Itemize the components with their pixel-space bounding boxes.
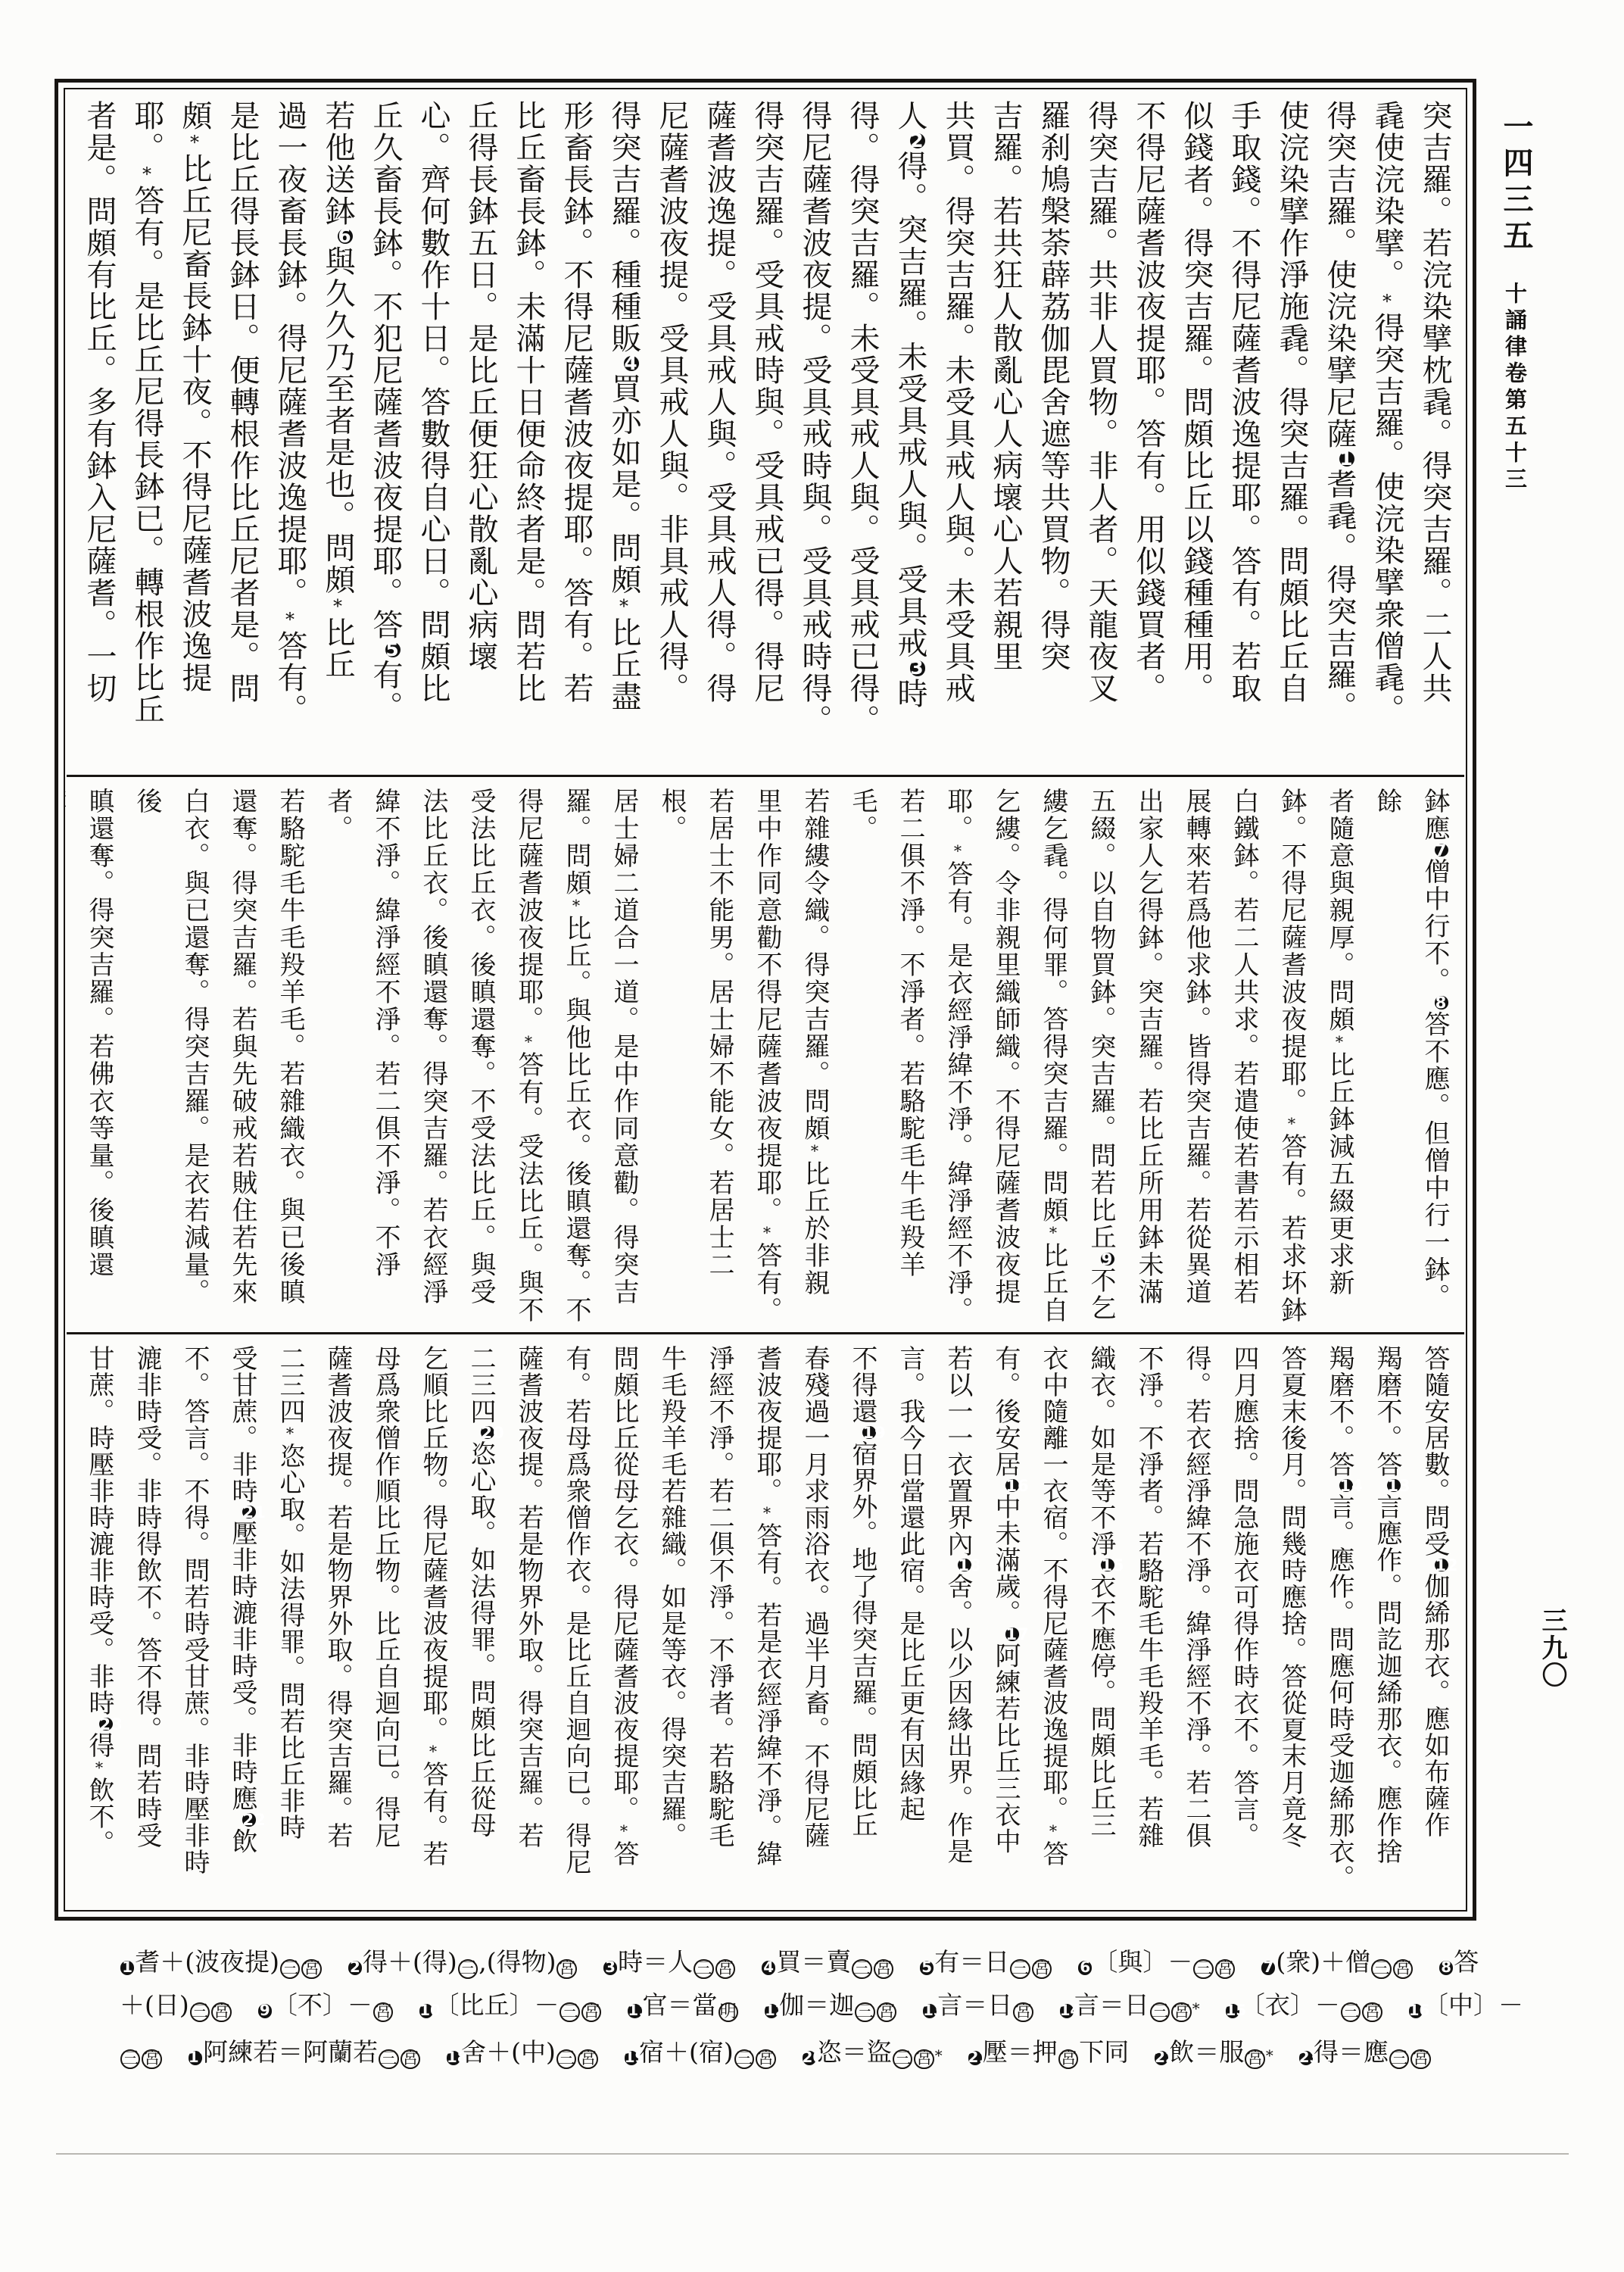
edition-siglum-icon: 三 <box>1371 1959 1391 1979</box>
apparatus-marker-icon: 5 <box>385 642 401 657</box>
apparatus-marker-icon: 9 <box>1101 1253 1114 1266</box>
apparatus-marker-icon: 13 <box>923 2004 937 2018</box>
text-column: 耶。*答有。是衣經淨緯不淨。緯淨經不淨。 <box>934 788 981 1325</box>
edition-siglum-icon: 宮 <box>373 2002 393 2022</box>
edition-siglum-icon: 宮 <box>877 2002 896 2022</box>
edition-siglum-icon: 宮 <box>1410 2049 1430 2069</box>
text-column: 得突吉羅。受具戒時與。受具戒已得。得尼 <box>743 100 790 767</box>
text-column: 毳使浣染擘。*得突吉羅。使浣染擘衆僧毳。 <box>1363 100 1410 767</box>
variant-star-icon: * <box>327 595 348 616</box>
text-column: 若雜縷令織。得突吉羅。問頗*比丘於非親 <box>790 788 838 1325</box>
page-number: 三九〇 <box>1534 1607 1571 1689</box>
apparatus-marker-icon: 3 <box>910 660 925 676</box>
variant-star-icon: * <box>613 595 634 616</box>
apparatus-marker-icon: 19 <box>625 2051 638 2064</box>
text-column: 不淨。不淨者。若駱駝毛牛毛羖羊毛。若雜 <box>1124 1345 1172 1902</box>
register-upper: 突吉羅。若浣染擘枕毳。得突吉羅。二人共毳使浣染擘。*得突吉羅。使浣染擘衆僧毳。得… <box>65 89 1466 775</box>
apparatus-marker-icon: 9 <box>258 2004 272 2018</box>
text-column: 薩耆波逸提。受具戒人與。受具戒人得。得 <box>695 100 743 767</box>
apparatus-marker-icon: 11 <box>628 2004 641 2018</box>
text-column: 是比丘得長鉢日。便轉根作比丘尼者是。問 <box>218 100 266 767</box>
apparatus-marker-icon: 17 <box>1005 1628 1018 1640</box>
text-column: 縷乞毳。得何罪。答得突吉羅。問頗*比丘自 <box>1029 788 1077 1325</box>
edition-siglum-icon: 三 <box>280 1959 300 1979</box>
apparatus-marker-icon: 1 <box>1339 451 1354 467</box>
apparatus-marker-icon: 15 <box>1226 2004 1239 2018</box>
text-column: 白鐵鉢。若二人共求。若遣使若書若示相若 <box>1220 788 1267 1325</box>
apparatus-marker-icon: 14 <box>1339 1479 1352 1492</box>
edition-siglum-icon: 宮 <box>578 2049 597 2069</box>
apparatus-marker-icon: 16 <box>1005 1479 1018 1492</box>
apparatus-marker-icon: 12 <box>765 2004 778 2018</box>
text-column: 不得還19宿界外。地了得突吉羅。問頗比丘 <box>838 1345 886 1902</box>
text-column: 尼薩耆波夜提。受具戒人與。非具戒人得。 <box>647 100 695 767</box>
variant-star-icon: * <box>519 1033 538 1051</box>
text-column: 羅刹鳩槃荼薜荔伽毘舍遮等共買物。得突 <box>1029 100 1077 767</box>
edition-siglum-icon: 三 <box>1389 2049 1409 2069</box>
text-column: 形畜長鉢。不得尼薩耆波夜提耶。答有。若 <box>552 100 600 767</box>
apparatus-marker-icon: 14 <box>1060 2004 1074 2018</box>
apparatus-marker-icon: 7 <box>1261 1961 1275 1974</box>
apparatus-marker-icon: 13 <box>1387 1479 1400 1492</box>
edition-siglum-icon: 三 <box>458 1959 478 1979</box>
apparatus-marker-icon: 23 <box>99 1718 112 1731</box>
text-column: 不得尼薩耆波夜提耶。答有。用似錢買者。 <box>1124 100 1172 767</box>
variant-star-icon: * <box>1266 2047 1273 2064</box>
variant-star-icon: * <box>424 1743 442 1761</box>
apparatus-marker-icon: 10 <box>419 2004 433 2018</box>
text-column: 耶。*答有。是比丘尼得長鉢已。轉根作比丘 <box>123 100 170 767</box>
variant-star-icon: * <box>949 842 967 860</box>
text-frame: 突吉羅。若浣染擘枕毳。得突吉羅。二人共毳使浣染擘。*得突吉羅。使浣染擘衆僧毳。得… <box>55 79 1476 1921</box>
apparatus-marker-icon: 18 <box>447 2051 460 2064</box>
variant-star-icon: * <box>1192 2000 1200 2018</box>
text-column: 若他送鉢6與久久乃至者是也。問頗*比丘 <box>313 100 361 767</box>
page-crease-line <box>56 2153 1569 2155</box>
text-column: 丘久畜長鉢。不犯尼薩耆波夜提耶。答5有。 <box>361 100 409 767</box>
text-column: 共買。得突吉羅。未受具戒人與。未受具戒 <box>934 100 981 767</box>
variant-star-icon: * <box>90 1759 108 1777</box>
text-column: 羯磨不。答13言應作。問訖迦絺那衣。應作捨 <box>1363 1345 1410 1902</box>
apparatus-marker-icon: 2 <box>910 133 925 148</box>
text-column: 得尼薩耆波夜提。受具戒時與。受具戒時得。 <box>790 100 838 767</box>
edition-siglum-icon: 三 <box>1193 1959 1213 1979</box>
apparatus-marker-icon: 1 <box>120 1961 134 1974</box>
text-column: 問頗比丘從母乞衣。得尼薩耆波夜提耶。*答 <box>600 1345 647 1902</box>
apparatus-marker-icon: 7 <box>1435 844 1448 857</box>
text-column: 有。若母爲衆僧作衣。是比丘自迴向已。得尼 <box>552 1345 600 1902</box>
apparatus-marker-icon: 6 <box>338 229 353 244</box>
text-column: 吉羅。若共狂人散亂心人病壞心人若親里 <box>981 100 1029 767</box>
apparatus-marker-icon: 4 <box>624 356 639 371</box>
edition-siglum-icon: 三 <box>1341 2002 1361 2022</box>
edition-siglum-icon: 三 <box>560 2002 579 2022</box>
edition-siglum-icon: 三 <box>120 2049 140 2069</box>
edition-siglum-icon: 宮 <box>581 2002 601 2022</box>
text-column: 若居士不能男。居士婦不能女。若居士二根。 <box>647 788 743 1325</box>
edition-siglum-icon: 宮 <box>1362 2002 1382 2022</box>
text-column: 得。若衣經淨緯不淨。緯淨經不淨。若二俱 <box>1172 1345 1220 1902</box>
edition-siglum-icon: 宮 <box>142 2049 161 2069</box>
text-column: 言。我今日當還此宿。是比丘更有因緣起 <box>886 1345 934 1902</box>
variant-star-icon: * <box>1044 1822 1062 1840</box>
variant-star-icon: * <box>184 132 205 153</box>
text-column: 緯不淨。緯淨經不淨。若二俱不淨。不淨者。 <box>313 788 409 1325</box>
edition-siglum-icon: 宮 <box>715 1959 735 1979</box>
variant-star-icon: * <box>136 164 157 185</box>
edition-siglum-icon: 三 <box>556 2049 576 2069</box>
apparatus-marker-icon: 15 <box>1101 1559 1114 1571</box>
text-column: 鉢應7僧中行不。8答不應。但僧中行一鉢。餘 <box>1363 788 1458 1325</box>
edition-siglum-icon: 宮 <box>756 2049 775 2069</box>
edition-siglum-icon: 三 <box>379 2049 398 2069</box>
text-column: 乞縷。令非親里織師織。不得尼薩耆波夜提 <box>981 788 1029 1325</box>
variant-star-icon: * <box>281 1425 299 1443</box>
apparatus-marker-icon: 21 <box>242 1506 255 1518</box>
text-column: 手取錢。不得尼薩耆波逸提耶。答有。若取 <box>1220 100 1267 767</box>
text-column: 乞順比丘物。得尼薩耆波夜提耶。*答有。若 <box>409 1345 457 1902</box>
text-column: 得尼薩耆波夜提耶。*答有。受法比丘。與不 <box>504 788 552 1325</box>
text-column: 衣中隨離一衣宿。不得尼薩耆波逸提耶。*答 <box>1029 1345 1077 1902</box>
text-column: 四月應捨。問急施衣可得作時衣不。答言。 <box>1220 1345 1267 1902</box>
text-column: 頗*比丘尼畜長鉢十夜。不得尼薩耆波逸提 <box>170 100 218 767</box>
edition-siglum-icon: 宮 <box>874 1959 893 1979</box>
text-column: 二三四*恣心取。如法得罪。問若比丘非時 <box>266 1345 313 1902</box>
edition-siglum-icon: 三 <box>855 2002 874 2022</box>
variant-star-icon: * <box>1044 1224 1062 1242</box>
text-column: 羯磨不。答14言。應作。問應何時受迦絺那衣。 <box>1315 1345 1363 1902</box>
edition-siglum-icon: 宮 <box>401 2049 420 2069</box>
apparatus-marker-icon: 20 <box>803 2051 816 2064</box>
edition-siglum-icon: 宮 <box>914 2049 934 2069</box>
variant-star-icon: * <box>1376 291 1398 312</box>
variant-star-icon: * <box>806 1142 824 1160</box>
apparatus-marker-icon: 8 <box>1435 996 1448 1009</box>
edition-siglum-icon: 宮 <box>1171 2002 1191 2022</box>
text-column: 展轉來若爲他求鉢。皆得突吉羅。若從異道 <box>1172 788 1220 1325</box>
text-column: 者是。問頗有比丘。多有鉢入尼薩耆。一切 <box>75 100 123 767</box>
edition-siglum-icon: 宮 <box>1393 1959 1413 1979</box>
text-column: 過一夜畜長鉢。得尼薩耆波逸提耶。*答有。 <box>266 100 313 767</box>
variant-star-icon: * <box>758 1504 776 1522</box>
apparatus-line: ＋(日)三宮 9〔不〕－宮 10〔比丘〕－三宮 11官＝當明 12伽＝迦三宮 1… <box>120 1983 1475 2030</box>
edition-siglum-icon: 三 <box>852 1959 871 1979</box>
text-column: 得突吉羅。共非人買物。非人者。天龍夜叉 <box>1077 100 1124 767</box>
text-column: 白衣。與已還奪。得突吉羅。是衣若減量。後 <box>123 788 218 1325</box>
text-column: 得突吉羅。使浣染擘尼薩1耆毳。得突吉羅。 <box>1315 100 1363 767</box>
text-column: 淨經不淨。若二俱不淨。不淨者。若駱駝毛 <box>695 1345 743 1902</box>
text-column: 瞋還奪。得突吉羅。若佛衣等量。後瞋還奪。 <box>65 788 123 1325</box>
apparatus-marker-icon: 20 <box>481 1426 494 1439</box>
edition-siglum-icon: 三 <box>1010 1959 1030 1979</box>
text-column: 鉢。不得尼薩耆波夜提耶。*答有。若求坏鉢 <box>1267 788 1315 1325</box>
text-column: 甘蔗。時壓非時漉非時受。非時23得*飲不。 <box>75 1345 123 1902</box>
apparatus-marker-icon: 17 <box>189 2051 202 2064</box>
text-column: 若駱駝毛牛毛羖羊毛。若雜織衣。與已後瞋 <box>266 788 313 1325</box>
variant-star-icon: * <box>935 2047 943 2064</box>
register-middle: 鉢應7僧中行不。8答不應。但僧中行一鉢。餘者隨意與親厚。問頗*比丘鉢減五綴更求新… <box>65 777 1466 1332</box>
apparatus-marker-icon: 3 <box>603 1961 617 1974</box>
text-column: 得。得突吉羅。未受具戒人與。受具戒已得。 <box>838 100 886 767</box>
edition-siglum-icon: 三 <box>734 2049 754 2069</box>
text-column: 若以一一衣置界內18舍。以少因緣出界。作是 <box>934 1345 981 1902</box>
edition-siglum-icon: 明 <box>718 2002 738 2022</box>
variant-star-icon: * <box>758 1224 776 1242</box>
text-column: 出家人乞得鉢。突吉羅。若比丘所用鉢未滿 <box>1124 788 1172 1325</box>
apparatus-marker-icon: 4 <box>762 1961 775 1974</box>
edition-siglum-icon: 宮 <box>1215 1959 1235 1979</box>
variant-star-icon: * <box>1283 1115 1301 1133</box>
apparatus-marker-icon: 16 <box>1409 2004 1423 2018</box>
text-column: 比丘畜長鉢。未滿十日便命終者是。問若比 <box>504 100 552 767</box>
text-column: 居士婦二道合一道。是中作同意勸。得突吉 <box>600 788 647 1325</box>
text-column: 牛毛羖羊毛若雜織。如是等衣。得突吉羅。 <box>647 1345 695 1902</box>
text-column: 受法比丘衣。後瞋還奪。不受法比丘。與受 <box>457 788 504 1325</box>
text-column: 受甘蔗。非時21壓非時漉非時受。非時應22飲 <box>218 1345 266 1902</box>
apparatus-marker-icon: 19 <box>862 1426 875 1439</box>
text-column: 法比丘衣。後瞋還奪。得突吉羅。若衣經淨 <box>409 788 457 1325</box>
variant-star-icon: * <box>615 1822 633 1840</box>
text-column: 織衣。如是等不淨15衣不應停。問頗比丘三 <box>1077 1345 1124 1902</box>
apparatus-marker-icon: 22 <box>242 1813 255 1826</box>
text-column: 還奪。得突吉羅。若與先破戒若賊住若先來 <box>218 788 266 1325</box>
edition-siglum-icon: 三 <box>190 2002 210 2022</box>
text-column: 母爲衆僧作順比丘物。比丘自迴向已。得尼 <box>361 1345 409 1902</box>
apparatus-line: 三宮 17阿練若＝阿蘭若三宮 18舍＋(中)三宮 19宿＋(宿)三宮 20恣＝盜… <box>120 2030 1475 2077</box>
edition-siglum-icon: 宮 <box>211 2002 231 2022</box>
text-column: 五綴。以自物買鉢。突吉羅。問若比丘9不乞 <box>1077 788 1124 1325</box>
fascicle-title: 十誦律卷第五十三 <box>1500 282 1531 494</box>
edition-siglum-icon: 宮 <box>1058 2049 1078 2069</box>
apparatus-marker-icon: 23 <box>1299 2051 1313 2064</box>
apparatus-marker-icon: 5 <box>920 1961 934 1974</box>
text-column: 者隨意與親厚。問頗*比丘鉢減五綴更求新 <box>1315 788 1363 1325</box>
apparatus-marker-icon: 22 <box>1155 2051 1168 2064</box>
apparatus-notes: 1耆＋(波夜提)三宮 2得＋(得)三,(得物)宮 3時＝人三宮 4買＝賣三宮 5… <box>120 1940 1475 2077</box>
apparatus-marker-icon: 8 <box>1439 1961 1453 1974</box>
edition-siglum-icon: 三 <box>893 2049 912 2069</box>
folio-number: 一四三五 <box>1495 111 1538 256</box>
edition-siglum-icon: 宮 <box>301 1959 321 1979</box>
text-column: 薩耆波夜提。若是物界外取。得突吉羅。若 <box>504 1345 552 1902</box>
text-column: 耆波夜提耶。*答有。若是衣經淨緯不淨。緯 <box>743 1345 790 1902</box>
edition-siglum-icon: 三 <box>694 1959 713 1979</box>
variant-star-icon: * <box>279 609 301 630</box>
edition-siglum-icon: 宮 <box>1245 2049 1264 2069</box>
apparatus-line: 1耆＋(波夜提)三宮 2得＋(得)三,(得物)宮 3時＝人三宮 4買＝賣三宮 5… <box>120 1940 1475 1983</box>
text-column: 心。齊何數作十日。答數得自心日。問頗比 <box>409 100 457 767</box>
text-column: 丘得長鉢五日。是比丘便狂心散亂心病壞 <box>457 100 504 767</box>
text-column: 春殘過一月求雨浴衣。過半月畜。不得尼薩 <box>790 1345 838 1902</box>
text-column: 羅。問頗*比丘。與他比丘衣。後瞋還奪。不 <box>552 788 600 1325</box>
apparatus-marker-icon: 12 <box>1435 1559 1448 1571</box>
apparatus-marker-icon: 6 <box>1078 1961 1092 1974</box>
edition-siglum-icon: 宮 <box>1013 2002 1033 2022</box>
text-column: 答夏末後月。問幾時應捨。答從夏末月竟冬 <box>1267 1345 1315 1902</box>
edition-siglum-icon: 宮 <box>1032 1959 1052 1979</box>
apparatus-marker-icon: 2 <box>348 1961 362 1974</box>
text-column: 得突吉羅。種種販4買亦如是。問頗*比丘盡 <box>600 100 647 767</box>
text-column: 有。後安居16中未滿歲。17阿練若比丘三衣中 <box>981 1345 1029 1902</box>
apparatus-marker-icon: 21 <box>968 2051 982 2064</box>
text-frame-inner: 突吉羅。若浣染擘枕毳。得突吉羅。二人共毳使浣染擘。*得突吉羅。使浣染擘衆僧毳。得… <box>64 88 1467 1912</box>
text-column: 突吉羅。若浣染擘枕毳。得突吉羅。二人共 <box>1410 100 1458 767</box>
text-column: 薩耆波夜提。若是物界外取。得突吉羅。若 <box>313 1345 361 1902</box>
variant-star-icon: * <box>567 897 585 915</box>
text-column: 漉非時受。非時得飲不。答不得。問若時受 <box>123 1345 170 1902</box>
text-column: 若二俱不淨。不淨者。若駱駝毛牛毛羖羊毛。 <box>838 788 934 1325</box>
text-column: 人2得。突吉羅。未受具戒人與。受具戒3時 <box>886 100 934 767</box>
variant-star-icon: * <box>1330 1033 1348 1051</box>
text-column: 答隨安居數。問受12伽絺那衣。應如布薩作 <box>1410 1345 1458 1902</box>
edition-siglum-icon: 三 <box>1150 2002 1170 2022</box>
text-column: 似錢者。得突吉羅。問頗比丘以錢種種用。 <box>1172 100 1220 767</box>
register-lower: 答隨安居數。問受12伽絺那衣。應如布薩作羯磨不。答13言應作。問訖迦絺那衣。應作… <box>65 1334 1466 1910</box>
text-column: 里中作同意勸不得尼薩耆波夜提耶。*答有。 <box>743 788 790 1325</box>
text-column: 二三四20恣心取。如法得罪。問頗比丘從母 <box>457 1345 504 1902</box>
edition-siglum-icon: 宮 <box>556 1959 576 1979</box>
text-column: 使浣染擘作淨施毳。得突吉羅。問頗比丘自 <box>1267 100 1315 767</box>
text-column: 不。答言。不得。問若時受甘蔗。非時壓非時 <box>170 1345 218 1902</box>
apparatus-marker-icon: 18 <box>958 1559 971 1571</box>
